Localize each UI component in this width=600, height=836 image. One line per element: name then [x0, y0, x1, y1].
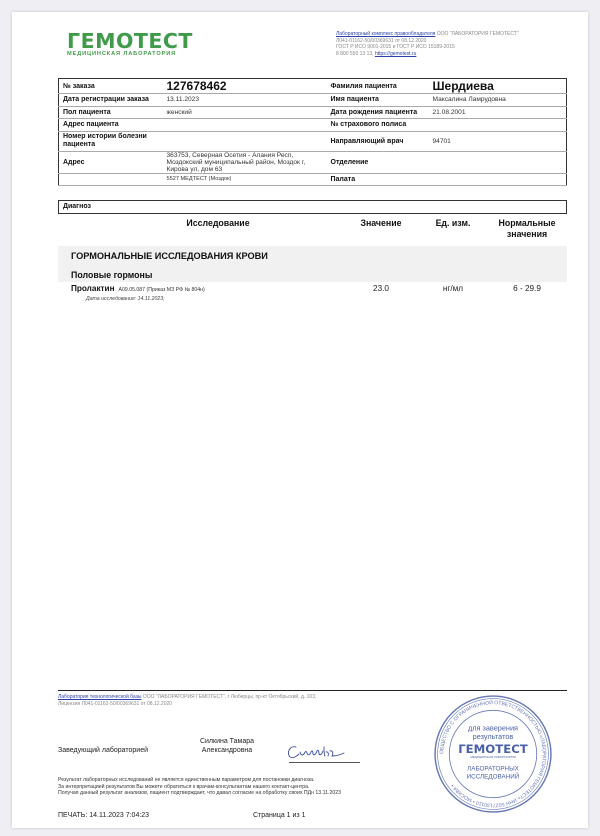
policy-label: № страхового полиса [325, 119, 429, 132]
lab-complex-link[interactable]: Лабораторный комплекс правообладателя [336, 31, 435, 37]
result-row: ПролактинA09.05.087 (Приказ МЗ РФ № 804н… [58, 284, 567, 308]
sex-value: женский [163, 106, 325, 119]
test-norm: 6 - 29.9 [491, 284, 563, 293]
birth-label: Дата рождения пациента [325, 106, 429, 119]
col-value: Значение [346, 218, 416, 229]
name-value: Максалина Ламрудовна [429, 94, 567, 107]
sex-label: Пол пациента [59, 106, 163, 119]
stamp-top-2: результатов [473, 732, 514, 741]
table-row: Пол пациента женский Дата рождения пацие… [59, 106, 567, 119]
patient-info-table: № заказа 127678462 Фамилия пациента Шерд… [58, 78, 567, 186]
test-value: 23.0 [346, 284, 416, 293]
policy-value [429, 119, 567, 132]
history-value [163, 131, 325, 151]
subsection-title: Половые гормоны [71, 270, 152, 280]
page-number: Страница 1 из 1 [253, 812, 305, 819]
stamp-bottom-2: ИССЛЕДОВАНИЙ [467, 771, 520, 780]
birth-value: 21.08.2001 [429, 106, 567, 119]
address-value [163, 119, 325, 132]
logo-main-text: ГЕМОТЕСТ [67, 32, 217, 50]
test-name: Пролактин [71, 284, 115, 293]
reg-date-label: Дата регистрации заказа [59, 94, 163, 107]
table-row: 5527 МЕДТЕСТ (Моздок) Палата [59, 173, 567, 186]
lab-info-block: Лабораторный комплекс правообладателя ОО… [336, 31, 566, 57]
lab-gost: ГОСТ Р ИСО 9001-2015 и ГОСТ Р ИСО 15189-… [336, 44, 566, 51]
signature-icon [282, 739, 362, 763]
col-test: Исследование [153, 218, 283, 229]
signer-name-line1: Силкина Тамара [192, 737, 262, 746]
dept-value [429, 151, 567, 173]
address-label: Адрес пациента [59, 119, 163, 132]
signature-line [289, 762, 360, 763]
test-code: A09.05.087 (Приказ МЗ РФ № 804н) [119, 287, 205, 293]
col-unit: Ед. изм. [423, 218, 483, 229]
order-number: 127678462 [167, 79, 227, 93]
name-label: Имя пациента [325, 94, 429, 107]
lab-report-page: ГЕМОТЕСТ МЕДИЦИНСКАЯ ЛАБОРАТОРИЯ Лаборат… [12, 12, 588, 828]
print-timestamp: ПЕЧАТЬ: 14.11.2023 7:04:23 [58, 812, 149, 819]
order-label: № заказа [59, 79, 163, 94]
addr-label: Адрес [59, 151, 163, 173]
history-label: Номер истории болезни пациента [59, 131, 163, 151]
doctor-value: 94701 [429, 131, 567, 151]
doctor-label: Направляющий врач [325, 131, 429, 151]
diagnosis-box: Диагноз [58, 200, 567, 214]
lab-phone: 8 800 550 13 13, [336, 51, 375, 57]
table-row: Адрес пациента № страхового полиса [59, 119, 567, 132]
signer-role: Заведующий лабораторией [58, 747, 148, 754]
stamp-bottom-1: ЛАБОРАТОРНЫХ [467, 765, 520, 772]
disclaimer-line: Результат лабораторных исследований не я… [58, 777, 388, 784]
reg-date-value: 13.11.2023 [163, 94, 325, 107]
table-row: Номер истории болезни пациента Направляю… [59, 131, 567, 151]
stamp-brand: ГЕМОТЕСТ [458, 742, 528, 756]
surname-value: Шердиева [433, 79, 494, 93]
section-title: ГОРМОНАЛЬНЫЕ ИССЛЕДОВАНИЯ КРОВИ [71, 251, 268, 261]
lab-company-name: ООО "ЛАБОРАТОРИЯ ГЕМОТЕСТ" [435, 31, 518, 37]
lab-stamp-icon: ОБЩЕСТВО С ОГРАНИЧЕННОЙ ОТВЕТСТВЕННОСТЬЮ… [432, 693, 554, 815]
table-row: Дата регистрации заказа 13.11.2023 Имя п… [59, 94, 567, 107]
ward-label: Палата [325, 173, 429, 186]
signer-name-line2: Александровна [192, 746, 262, 755]
table-row: № заказа 127678462 Фамилия пациента Шерд… [59, 79, 567, 94]
ward-value [429, 173, 567, 186]
footer-divider [58, 690, 567, 691]
lab-site-link[interactable]: https://gemotest.ru [375, 51, 416, 57]
footer-license: Лицензия Л041-01162-50/00369631 от 08.12… [58, 701, 398, 708]
lab-license: Л041-01162-50/00369631 от 08.12.2020 [336, 38, 566, 45]
disclaimer: Результат лабораторных исследований не я… [58, 777, 388, 797]
table-row: Адрес 363753, Северная Осетия - Алания Р… [59, 151, 567, 173]
dept-label: Отделение [325, 151, 429, 173]
gemotest-logo: ГЕМОТЕСТ МЕДИЦИНСКАЯ ЛАБОРАТОРИЯ [67, 32, 217, 57]
surname-label: Фамилия пациента [325, 79, 429, 94]
col-norm: Нормальные значения [491, 218, 563, 239]
logo-sub-text: МЕДИЦИНСКАЯ ЛАБОРАТОРИЯ [67, 51, 217, 57]
tech-base-address: ООО "ЛАБОРАТОРИЯ ГЕМОТЕСТ", г Люберцы, п… [142, 694, 317, 700]
office-value: 5527 МЕДТЕСТ (Моздок) [163, 173, 325, 186]
disclaimer-line: Получая данный результат анализов, пацие… [58, 790, 388, 797]
footer-info: Лаборатория технологической базы ООО "ЛА… [58, 694, 398, 707]
test-date: Дата исследования: 14.11.2023; [86, 296, 165, 302]
addr-value: 363753, Северная Осетия - Алания Респ, М… [163, 151, 325, 173]
diagnosis-label: Диагноз [63, 203, 91, 210]
tech-base-link[interactable]: Лаборатория технологической базы [58, 694, 142, 700]
results-section: ГОРМОНАЛЬНЫЕ ИССЛЕДОВАНИЯ КРОВИ Половые … [58, 246, 567, 282]
signer-name: Силкина Тамара Александровна [192, 737, 262, 755]
test-unit: нг/мл [423, 284, 483, 293]
stamp-brand-sub: МЕДИЦИНСКАЯ ЛАБОРАТОРИЯ [470, 755, 515, 759]
